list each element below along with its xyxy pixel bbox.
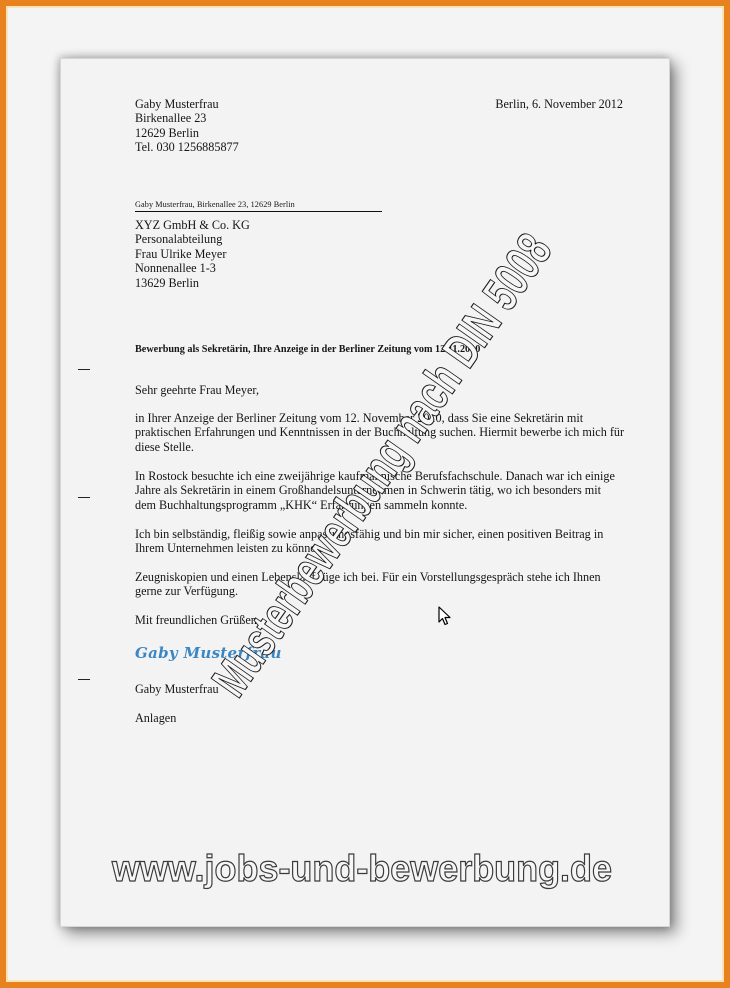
recipient-street: Nonnenallee 1-3 — [135, 261, 250, 275]
closing: Mit freundlichen Grüßen — [135, 613, 257, 627]
mouse-pointer-icon — [438, 606, 452, 626]
salutation: Sehr geehrte Frau Meyer, — [135, 383, 259, 397]
sender-phone: Tel. 030 1256885877 — [135, 140, 239, 154]
body-paragraph: in Ihrer Anzeige der Berliner Zeitung vo… — [135, 411, 625, 454]
recipient-address: XYZ GmbH & Co. KG Personalabteilung Frau… — [135, 218, 250, 290]
letter-date: Berlin, 6. November 2012 — [495, 97, 623, 111]
punch-mark — [78, 497, 90, 498]
sender-city: 12629 Berlin — [135, 126, 239, 140]
sender-street: Birkenallee 23 — [135, 111, 239, 125]
sender-address: Gaby Musterfrau Birkenallee 23 12629 Ber… — [135, 97, 239, 155]
recipient-contact: Frau Ulrike Meyer — [135, 247, 250, 261]
fold-mark-top — [78, 369, 90, 370]
letter-page: Gaby Musterfrau Birkenallee 23 12629 Ber… — [60, 58, 670, 927]
enclosures: Anlagen — [135, 711, 176, 725]
fold-mark-bottom — [78, 679, 90, 680]
body-paragraph: Ich bin selbständig, fleißig sowie anpas… — [135, 527, 625, 556]
handwritten-signature: Gaby Musterfrau — [135, 646, 282, 660]
body-paragraph: Zeugniskopien und einen Lebenslauf füge … — [135, 570, 625, 599]
sender-name: Gaby Musterfrau — [135, 97, 239, 111]
recipient-company: XYZ GmbH & Co. KG — [135, 218, 250, 232]
recipient-city: 13629 Berlin — [135, 276, 250, 290]
return-address-line: Gaby Musterfrau, Birkenallee 23, 12629 B… — [135, 200, 382, 212]
subject-line: Bewerbung als Sekretärin, Ihre Anzeige i… — [135, 343, 480, 357]
typed-name: Gaby Musterfrau — [135, 682, 219, 696]
recipient-department: Personalabteilung — [135, 232, 250, 246]
body-paragraph: In Rostock besuchte ich eine zweijährige… — [135, 469, 625, 512]
